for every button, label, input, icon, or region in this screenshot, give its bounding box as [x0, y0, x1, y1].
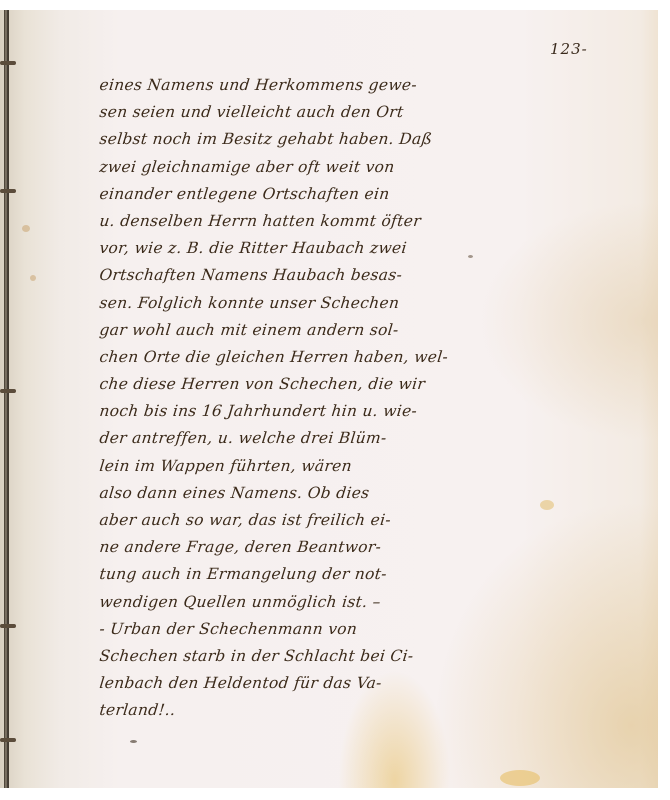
text-line: sen. Folglich konnte unser Schechen [98, 290, 561, 317]
text-line: aber auch so war, das ist freilich ei- [98, 507, 561, 534]
foxing-stain [22, 225, 30, 232]
text-line: vor, wie z. B. die Ritter Haubach zwei [98, 235, 561, 262]
text-line: selbst noch im Besitz gehabt haben. Daß [98, 126, 561, 153]
text-line: wendigen Quellen unmöglich ist. – [98, 589, 561, 616]
text-line: chen Orte die gleichen Herren haben, wel… [98, 344, 561, 371]
foxing-stain [30, 275, 36, 281]
text-line: terland!.. [98, 697, 561, 724]
handwritten-text: eines Namens und Herkommens gewe- sen se… [98, 72, 558, 725]
text-line: gar wohl auch mit einem andern sol- [98, 317, 561, 344]
scanned-document: 123- eines Namens und Herkommens gewe- s… [0, 0, 670, 800]
text-line: Ortschaften Namens Haubach besas- [98, 262, 561, 289]
text-line: noch bis ins 16 Jahrhundert hin u. wie- [98, 398, 561, 425]
binding-stitch [0, 189, 16, 193]
book-binding-edge [4, 10, 9, 788]
text-line: u. denselben Herrn hatten kommt öfter [98, 208, 561, 235]
text-line: - Urban der Schechenmann von [98, 616, 561, 643]
text-line: tung auch in Ermangelung der not- [98, 561, 561, 588]
text-line: ne andere Frage, deren Beantwor- [98, 534, 561, 561]
binding-stitch [0, 624, 16, 628]
text-line: Schechen starb in der Schlacht bei Ci- [98, 643, 561, 670]
page-number: 123- [550, 40, 588, 58]
text-line: lein im Wappen führten, wären [98, 453, 561, 480]
binding-stitch [0, 738, 16, 742]
text-line: zwei gleichnamige aber oft weit von [98, 154, 561, 181]
foxing-stain [130, 740, 137, 743]
text-line: also dann eines Namens. Ob dies [98, 480, 561, 507]
text-line: sen seien und vielleicht auch den Ort [98, 99, 561, 126]
foxing-stain [500, 770, 540, 786]
text-line: che diese Herren von Schechen, die wir [98, 371, 561, 398]
text-line: eines Namens und Herkommens gewe- [98, 72, 561, 99]
text-line: der antreffen, u. welche drei Blüm- [98, 425, 561, 452]
text-line: einander entlegene Ortschaften ein [98, 181, 561, 208]
text-line: lenbach den Heldentod für das Va- [98, 670, 561, 697]
binding-stitch [0, 61, 16, 65]
binding-stitch [0, 389, 16, 393]
